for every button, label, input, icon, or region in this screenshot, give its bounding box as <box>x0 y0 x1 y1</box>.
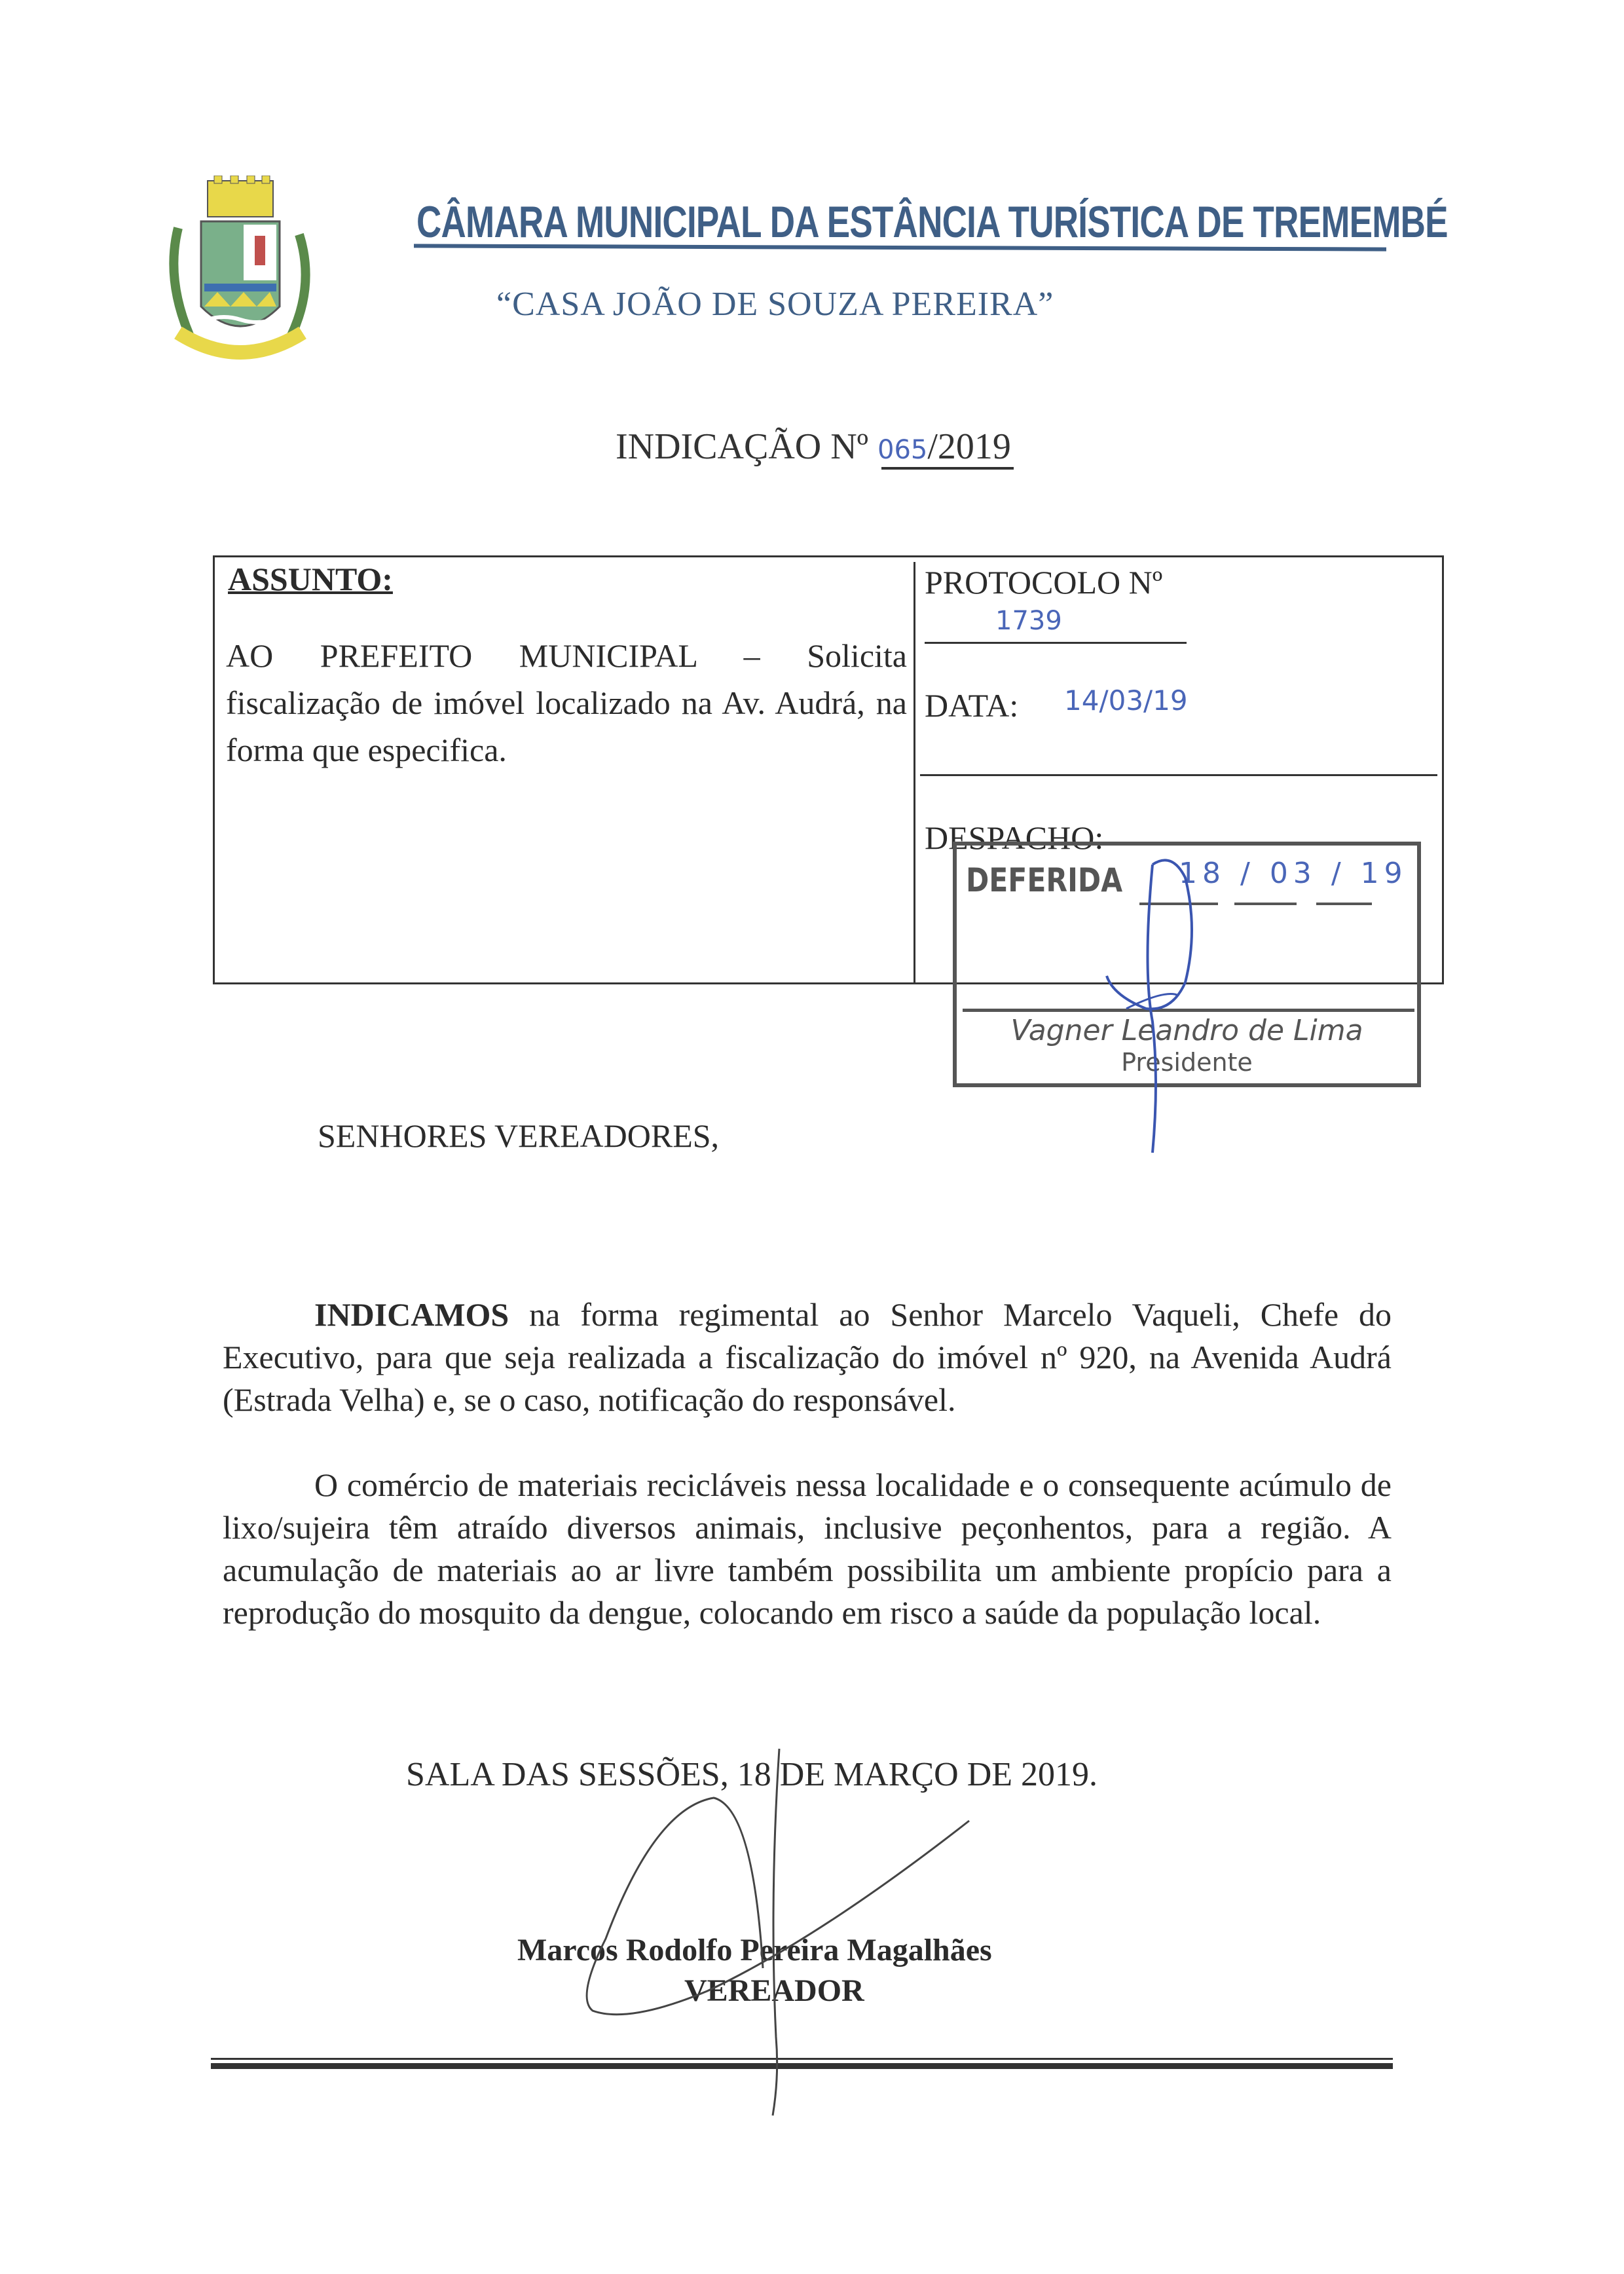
paragraph-2-text: O comércio de materiais recicláveis ness… <box>223 1466 1392 1631</box>
title-prefix: INDICAÇÃO Nº <box>616 426 868 467</box>
stamp-year: 19 <box>1361 857 1408 890</box>
stamp-status: DEFERIDA <box>966 861 1122 899</box>
protocol-number: 1739 <box>995 606 1062 636</box>
date-label: DATA: <box>925 686 1018 724</box>
salutation: SENHORES VEREADORES, <box>318 1117 719 1155</box>
subject-text: AO PREFEITO MUNICIPAL – Solicita fiscali… <box>226 632 907 774</box>
stamp-date: 18 / 03 / 19 <box>1179 857 1408 890</box>
stamp-signer-name: Vagner Leandro de Lima <box>953 1014 1421 1047</box>
footer-rule-thin <box>211 2058 1393 2060</box>
stamp-day: 18 <box>1179 857 1226 890</box>
subject-label: ASSUNTO: <box>228 560 393 598</box>
title-year: /2019 <box>927 426 1011 467</box>
coat-of-arms-icon <box>152 176 329 375</box>
document-title: INDICAÇÃO Nº 065/2019 <box>616 426 1011 468</box>
stamp-signer-role: Presidente <box>953 1048 1421 1077</box>
indicacao-number: 065 <box>877 435 927 465</box>
stamp-year-line <box>1316 903 1372 905</box>
paragraph-lead-bold: INDICAMOS <box>314 1296 509 1333</box>
signer-role: VEREADOR <box>684 1973 864 2009</box>
box-divider <box>913 562 915 984</box>
protocol-label: PROTOCOLO Nº <box>925 563 1162 601</box>
paragraph-indicamos: INDICAMOS na forma regimental ao Senhor … <box>223 1294 1392 1421</box>
stamp-month: 03 <box>1270 857 1317 890</box>
date-separator <box>920 774 1437 776</box>
footer-rule-thick <box>211 2063 1393 2069</box>
place-and-date: SALA DAS SESSÕES, 18 DE MARÇO DE 2019. <box>406 1755 1098 1794</box>
protocol-line <box>925 642 1187 644</box>
signer-name: Marcos Rodolfo Pereira Magalhães <box>517 1932 992 1968</box>
stamp-month-line <box>1234 903 1297 905</box>
organization-title: CÂMARA MUNICIPAL DA ESTÂNCIA TURÍSTICA D… <box>416 196 1448 248</box>
title-number-underline <box>881 467 1014 470</box>
stamp-signature-line <box>963 1009 1414 1012</box>
date-value: 14/03/19 <box>1064 684 1188 717</box>
house-name: “CASA JOÃO DE SOUZA PEREIRA” <box>496 285 1054 324</box>
paragraph-justification: O comércio de materiais recicláveis ness… <box>223 1464 1392 1634</box>
stamp-day-line <box>1139 903 1218 905</box>
